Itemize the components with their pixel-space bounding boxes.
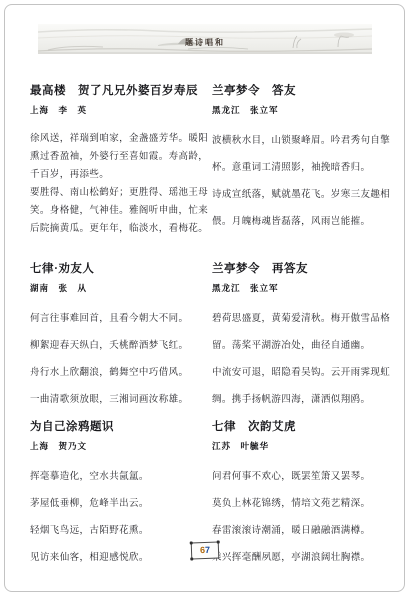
poem-line: 莫负上林花锦绣，情培文苑艺精深。 (212, 491, 394, 518)
poem-body: 挥毫摹造化，空水共氤氲。 茅屋低垂柳，危峰半出云。 轻烟飞鸟远，古陌野花熏。 见… (30, 464, 208, 572)
poem-title: 兰亭梦令 再答友 (212, 262, 394, 276)
poem: 最高楼 贺了凡兄外婆百岁寿辰 上海 李 英 徐风送，祥瑞到咱家，金盏盛芳华。暖阳… (30, 84, 208, 238)
poem-line: 留。荡桨平湖游冶处，曲径自通幽。 (212, 333, 394, 360)
poem-line: 问君何事不欢心，既罢笙箫又罢琴。 (212, 464, 394, 491)
poem-title: 七律 次韵艾虎 (212, 420, 394, 434)
poem-line: 笑。身格健，气神佳。雅阁听申曲，忙来 (30, 202, 208, 220)
poem-title: 七律·劝友人 (30, 262, 208, 276)
page-number: 7 (204, 546, 209, 555)
poem-body: 碧荷思盛夏，黄菊爱清秋。梅开傲雪品格 留。荡桨平湖游冶处，曲径自通幽。 中流安可… (212, 306, 394, 414)
poem-body: 问君何事不欢心，既罢笙箫又罢琴。 莫负上林花锦绣，情培文苑艺精深。 春雷滚滚诗潮… (212, 464, 394, 572)
poem-line: 茅屋低垂柳，危峰半出云。 (30, 491, 208, 518)
poem-line: 绸。携手扬帆游四海，潇洒似翔鸥。 (212, 387, 394, 414)
page-number: 6 (199, 546, 204, 555)
poem-line: 杯。意重词工清照影，袖挽暗香归。 (212, 155, 394, 182)
poem-line: 一曲清歌须放眼，三湘词画汝称雄。 (30, 387, 208, 414)
poem-line: 见访来仙客，相迎感悦欣。 (30, 545, 208, 572)
poem-line: 碧荷思盛夏，黄菊爱清秋。梅开傲雪品格 (212, 306, 394, 333)
poem-author: 黑龙江 张立军 (212, 283, 394, 293)
poem-body: 何言往事难回首，且看今朝大不同。 柳絮迎春天纵白，夭桃醉酒梦飞红。 舟行水上欣翻… (30, 306, 208, 414)
poem-title: 为自己涂鸦题识 (30, 420, 208, 434)
poem-line: 熏过香盈袖，外婆行至喜如霞。寿高龄， (30, 148, 208, 166)
poem-title: 兰亭梦令 答友 (212, 84, 394, 98)
poem-author: 上海 李 英 (30, 105, 208, 115)
poem-line: 要胜得、南山松鹤好；更胜得、瑶池王母 (30, 184, 208, 202)
book-page: 题诗唱和 最高楼 贺了凡兄外婆百岁寿辰 上海 李 英 徐风送，祥瑞到咱家，金盏盛… (0, 0, 409, 596)
poem: 兰亭梦令 答友 黑龙江 张立军 波横秋水目，山锁聚峰眉。吟君秀句自擎 杯。意重词… (212, 84, 394, 236)
poem-line: 千百岁，再添些。 (30, 166, 208, 184)
poem-line: 挥毫摹造化，空水共氤氲。 (30, 464, 208, 491)
poem-line: 徐风送，祥瑞到咱家，金盏盛芳华。暖阳 (30, 130, 208, 148)
poem-body: 徐风送，祥瑞到咱家，金盏盛芳华。暖阳 熏过香盈袖，外婆行至喜如霞。寿高龄， 千百… (30, 130, 208, 238)
poem-body: 波横秋水目，山锁聚峰眉。吟君秀句自擎 杯。意重词工清照影，袖挽暗香归。 诗成宣纸… (212, 128, 394, 236)
poem: 七律·劝友人 湖南 张 从 何言往事难回首，且看今朝大不同。 柳絮迎春天纵白，夭… (30, 262, 208, 414)
header-banner: 题诗唱和 (38, 24, 372, 54)
poem-author: 上海 贺乃文 (30, 441, 208, 451)
poem-line: 乘兴挥毫酬夙愿，亭湖浪阔壮胸襟。 (212, 545, 394, 572)
poem-line: 春雷滚滚诗潮涌，暖日融融酒满樽。 (212, 518, 394, 545)
poem: 兰亭梦令 再答友 黑龙江 张立军 碧荷思盛夏，黄菊爱清秋。梅开傲雪品格 留。荡桨… (212, 262, 394, 414)
poem-line: 何言往事难回首，且看今朝大不同。 (30, 306, 208, 333)
poem: 为自己涂鸦题识 上海 贺乃文 挥毫摹造化，空水共氤氲。 茅屋低垂柳，危峰半出云。… (30, 420, 208, 572)
left-column: 最高楼 贺了凡兄外婆百岁寿辰 上海 李 英 徐风送，祥瑞到咱家，金盏盛芳华。暖阳… (30, 84, 208, 554)
poem-line: 诗成宣纸落，赋就墨花飞。岁寒三友趣相 (212, 182, 394, 209)
right-column: 兰亭梦令 答友 黑龙江 张立军 波横秋水目，山锁聚峰眉。吟君秀句自擎 杯。意重词… (212, 84, 394, 554)
poem-line: 偎。月魄梅魂皆磊落，风雨岂能摧。 (212, 209, 394, 236)
poem-title: 最高楼 贺了凡兄外婆百岁寿辰 (30, 84, 208, 98)
ornament-dot (190, 557, 193, 560)
poem-line: 后院摘黄瓜。更年年，临淡水，看梅花。 (30, 220, 208, 238)
section-title: 题诗唱和 (38, 37, 372, 48)
poem: 七律 次韵艾虎 江苏 叶毓华 问君何事不欢心，既罢笙箫又罢琴。 莫负上林花锦绣，… (212, 420, 394, 572)
poem-author: 湖南 张 从 (30, 283, 208, 293)
poem-line: 中流安可退，昭隐看吴钩。云开雨霁现虹 (212, 360, 394, 387)
poem-line: 轻烟飞鸟远，古陌野花熏。 (30, 518, 208, 545)
poem-line: 柳絮迎春天纵白，夭桃醉酒梦飞红。 (30, 333, 208, 360)
page-number-box: 6 7 (190, 542, 219, 560)
poem-author: 黑龙江 张立军 (212, 105, 394, 115)
poem-line: 波横秋水目，山锁聚峰眉。吟君秀句自擎 (212, 128, 394, 155)
poem-author: 江苏 叶毓华 (212, 441, 394, 451)
poem-line: 舟行水上欣翻浪，鹤舞空中巧借风。 (30, 360, 208, 387)
